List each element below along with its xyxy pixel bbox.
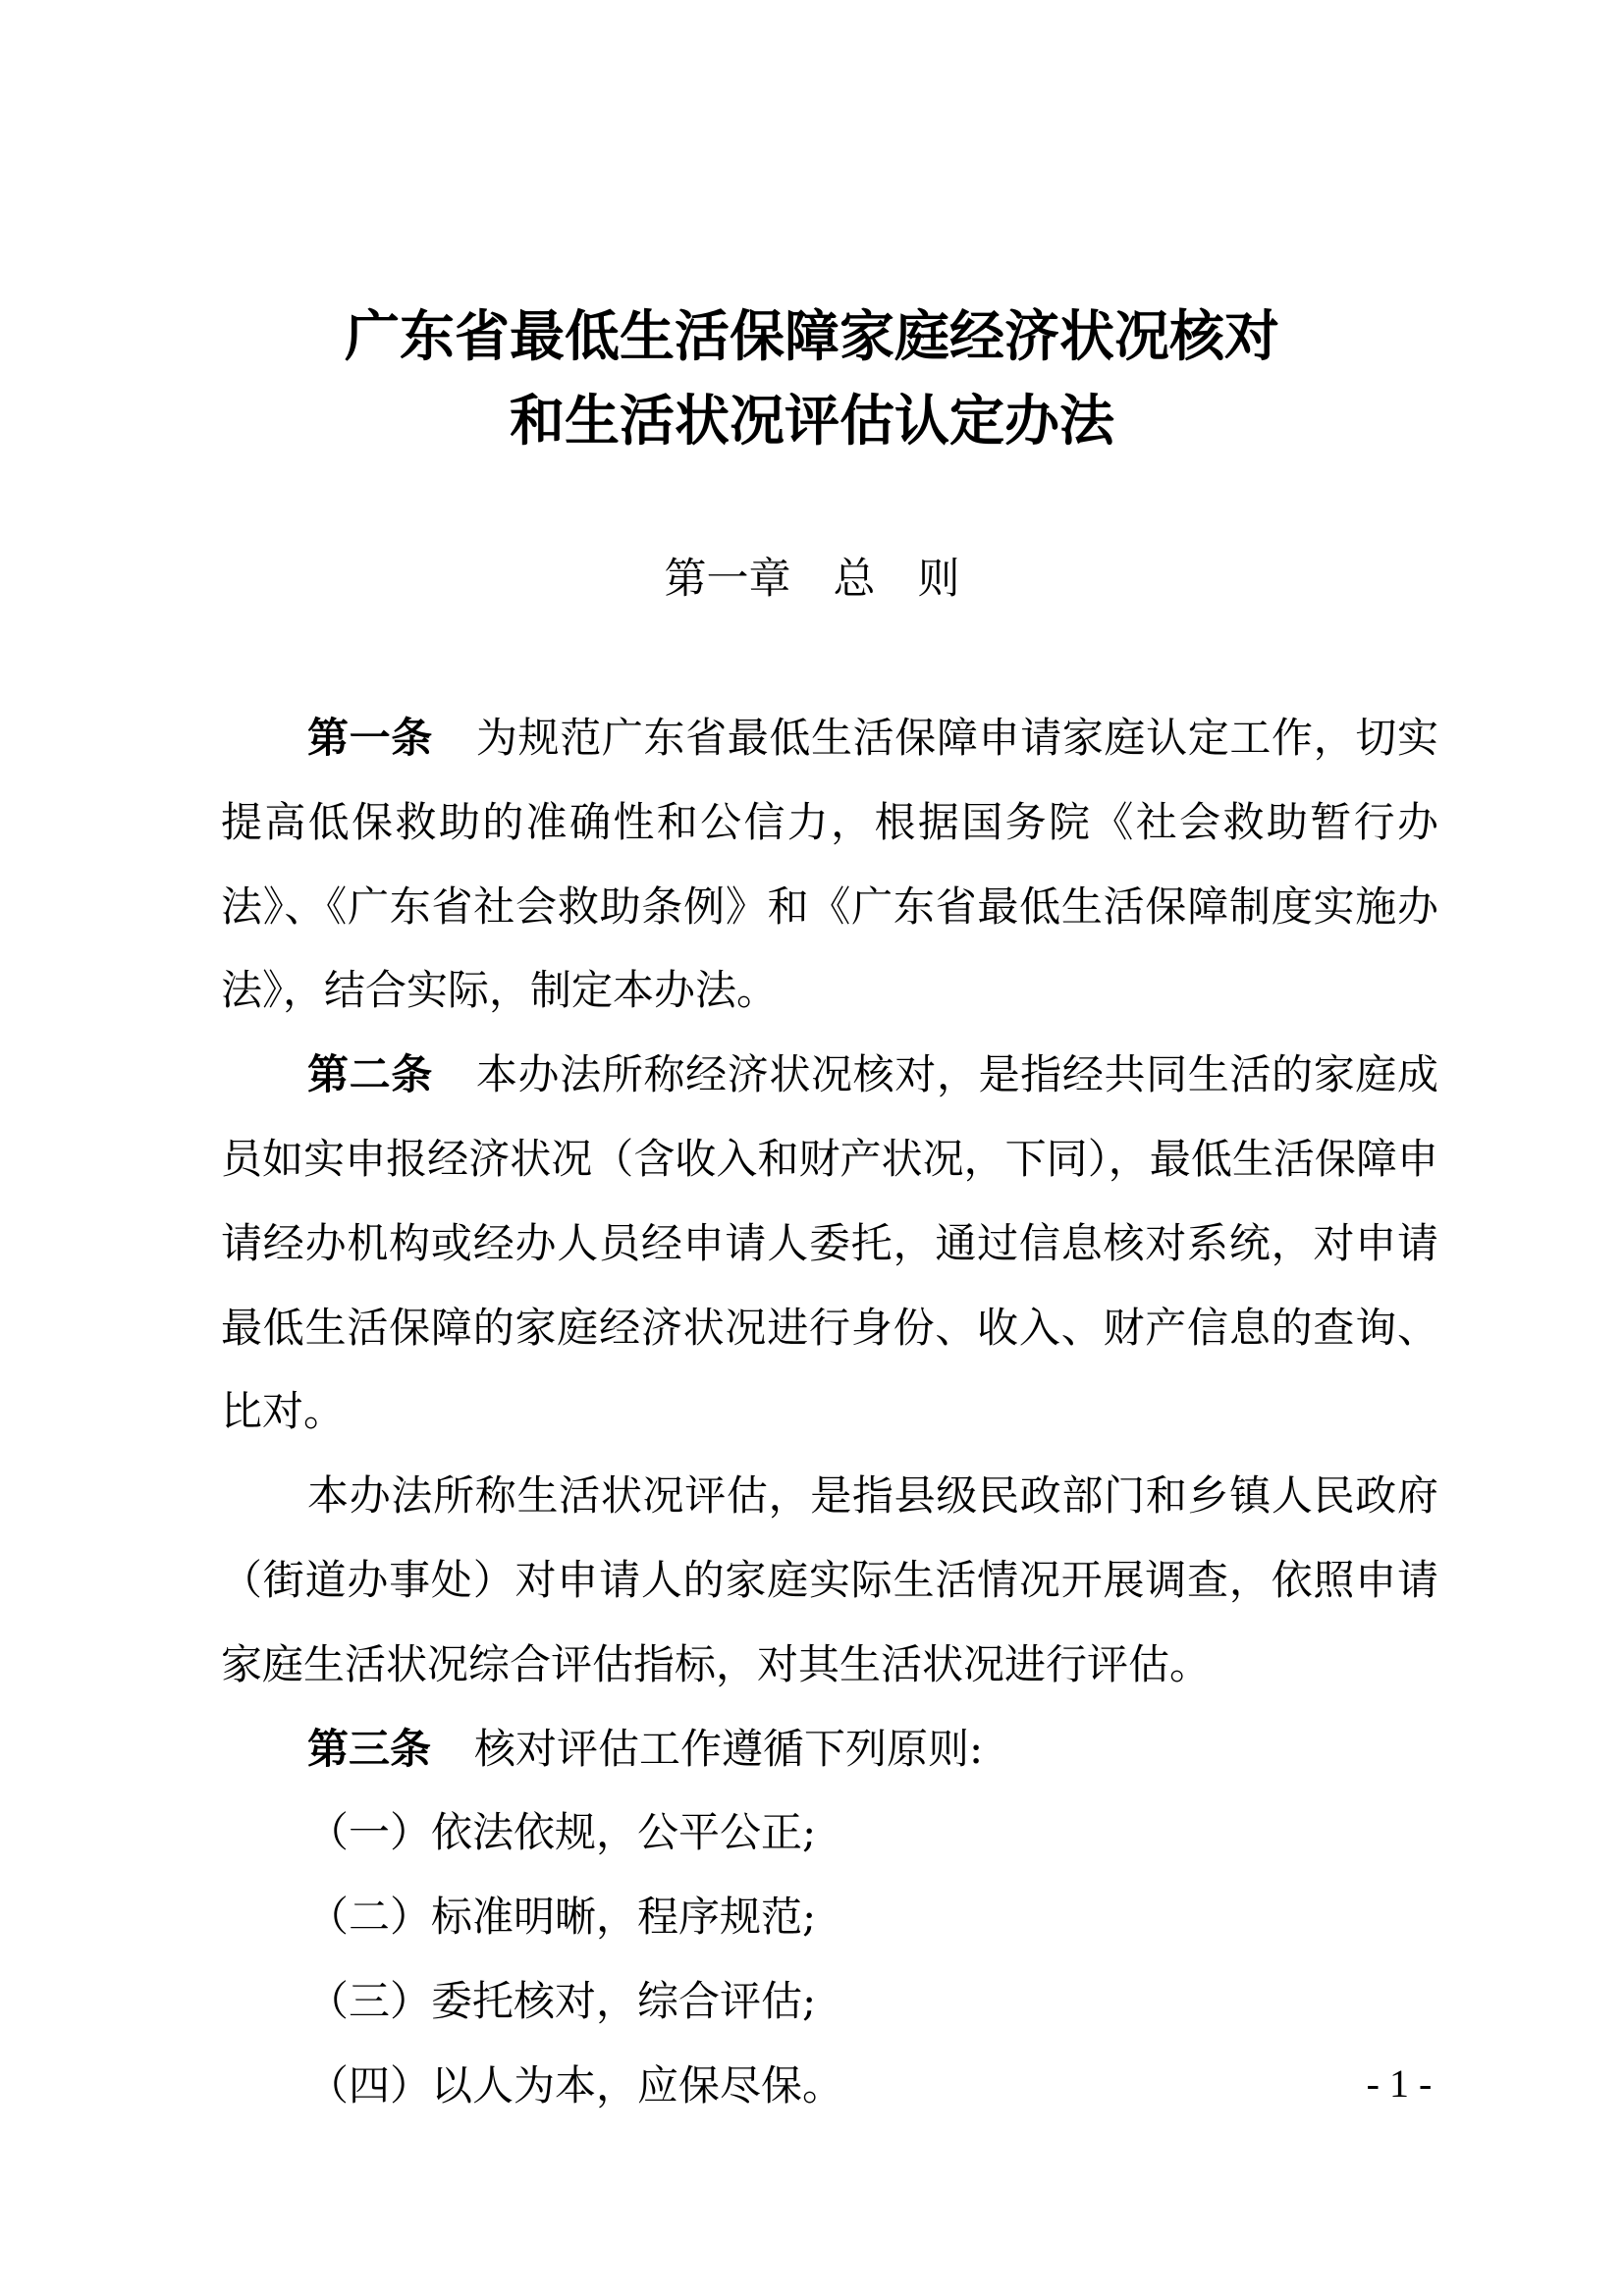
principle-item-2: （二）标准明晰，程序规范; [221, 1875, 1438, 1959]
article-label: 第二条 [307, 1050, 433, 1098]
principle-item-4: （四）以人为本，应保尽保。 [221, 2044, 1438, 2128]
document-page: 广东省最低生活保障家庭经济状况核对 和生活状况评估认定办法 第一章 总 则 第一… [0, 0, 1624, 2296]
article-1: 第一条为规范广东省最低生活保障申请家庭认定工作，切实提高低保救助的准确性和公信力… [221, 696, 1438, 1033]
article-3: 第三条核对评估工作遵循下列原则: [221, 1707, 1438, 1791]
chapter-heading: 第一章 总 则 [0, 550, 1624, 609]
principle-item-1: （一）依法依规，公平公正; [221, 1790, 1438, 1875]
article-text: 核对评估工作遵循下列原则: [474, 1725, 983, 1773]
title-line-2: 和生活状况评估认定办法 [0, 379, 1624, 463]
article-label: 第一条 [307, 714, 433, 762]
document-body: 第一条为规范广东省最低生活保障申请家庭认定工作，切实提高低保救助的准确性和公信力… [221, 696, 1438, 2128]
article-text: 本办法所称经济状况核对，是指经共同生活的家庭成员如实申报经济状况（含收入和财产状… [221, 1050, 1438, 1435]
article-2: 第二条本办法所称经济状况核对，是指经共同生活的家庭成员如实申报经济状况（含收入和… [221, 1033, 1438, 1454]
title-line-1: 广东省最低生活保障家庭经济状况核对 [0, 294, 1624, 379]
document-title: 广东省最低生活保障家庭经济状况核对 和生活状况评估认定办法 [0, 294, 1624, 463]
article-label: 第三条 [307, 1725, 431, 1773]
principle-item-3: （三）委托核对，综合评估; [221, 1959, 1438, 2044]
article-2-paragraph-2: 本办法所称生活状况评估，是指县级民政部门和乡镇人民政府（街道办事处）对申请人的家… [221, 1454, 1438, 1706]
page-number: - 1 - [1345, 2059, 1453, 2109]
article-text: 本办法所称生活状况评估，是指县级民政部门和乡镇人民政府（街道办事处）对申请人的家… [221, 1471, 1438, 1688]
